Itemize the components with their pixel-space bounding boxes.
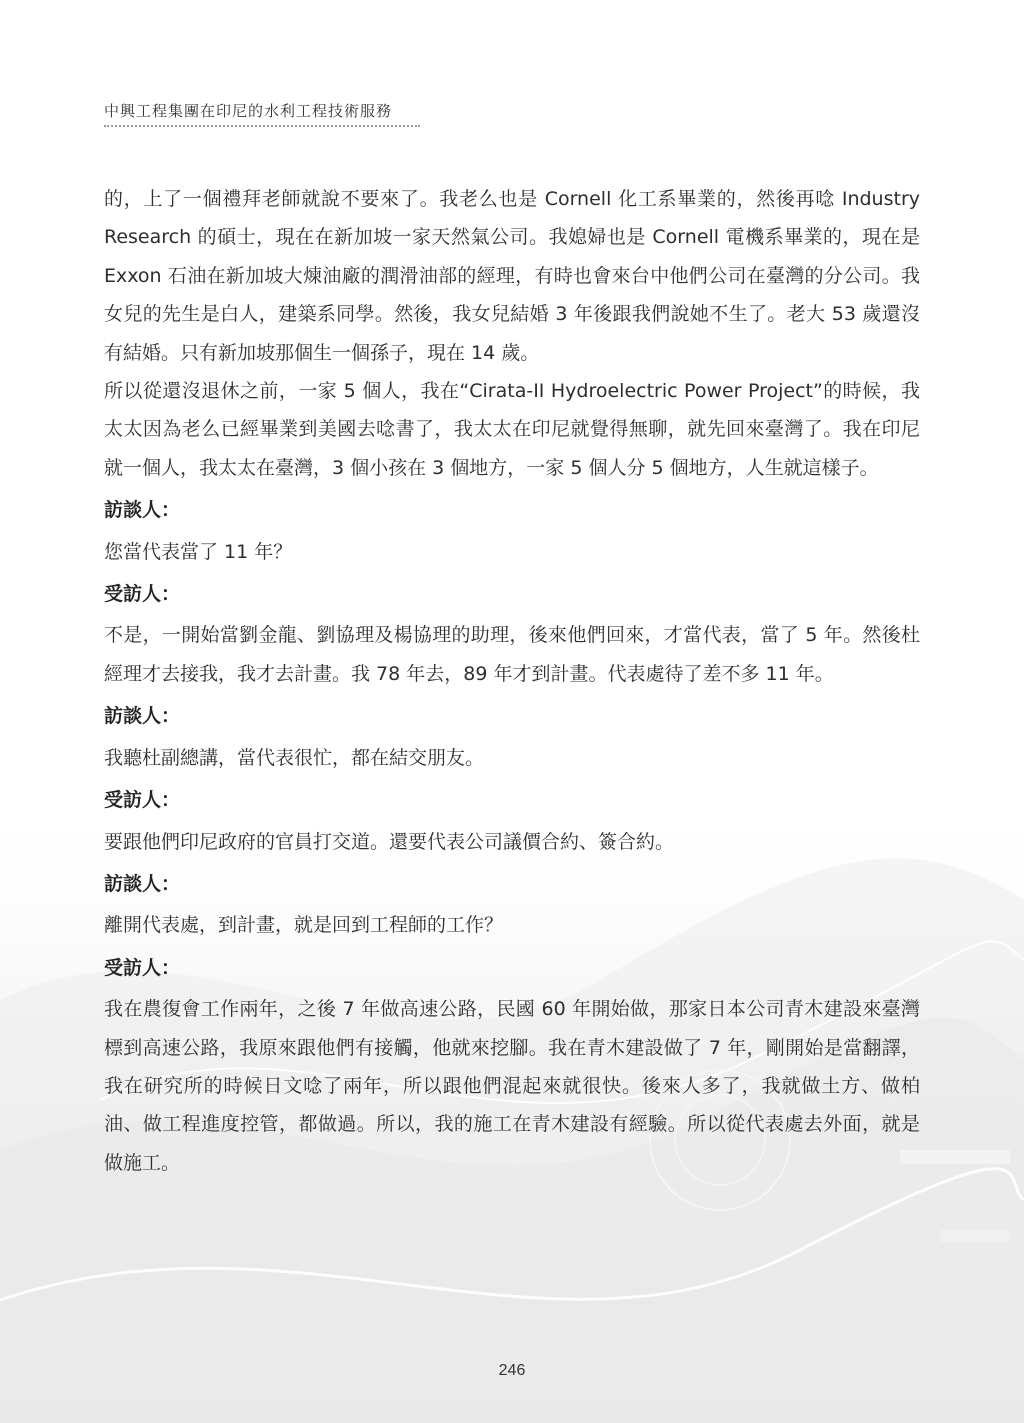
speaker-label-interviewee: 受訪人： — [104, 575, 920, 613]
speaker-label-interviewer: 訪談人： — [104, 865, 920, 903]
body-paragraph: 離開代表處，到計畫，就是回到工程師的工作？ — [104, 906, 920, 944]
body-paragraph: 要跟他們印尼政府的官員打交道。還要代表公司議價合約、簽合約。 — [104, 823, 920, 861]
header-dotted-rule — [104, 125, 420, 127]
running-header-title: 中興工程集團在印尼的水利工程技術服務 — [104, 100, 392, 121]
page-number: 246 — [0, 1362, 1024, 1380]
speaker-label-interviewee: 受訪人： — [104, 949, 920, 987]
body-paragraph: 不是，一開始當劉金龍、劉協理及楊協理的助理，後來他們回來，才當代表，當了 5 年… — [104, 616, 920, 693]
body-paragraph: 的，上了一個禮拜老師就說不要來了。我老么也是 Cornell 化工系畢業的，然後… — [104, 180, 920, 372]
body-content: 的，上了一個禮拜老師就說不要來了。我老么也是 Cornell 化工系畢業的，然後… — [104, 180, 920, 1182]
body-paragraph: 所以從還沒退休之前，一家 5 個人，我在“Cirata-II Hydroelec… — [104, 372, 920, 487]
speaker-label-interviewer: 訪談人： — [104, 491, 920, 529]
speaker-label-interviewer: 訪談人： — [104, 697, 920, 735]
body-paragraph: 我在農復會工作兩年，之後 7 年做高速公路，民國 60 年開始做，那家日本公司青… — [104, 990, 920, 1182]
body-paragraph: 我聽杜副總講，當代表很忙，都在結交朋友。 — [104, 739, 920, 777]
speaker-label-interviewee: 受訪人： — [104, 781, 920, 819]
body-paragraph: 您當代表當了 11 年？ — [104, 533, 920, 571]
